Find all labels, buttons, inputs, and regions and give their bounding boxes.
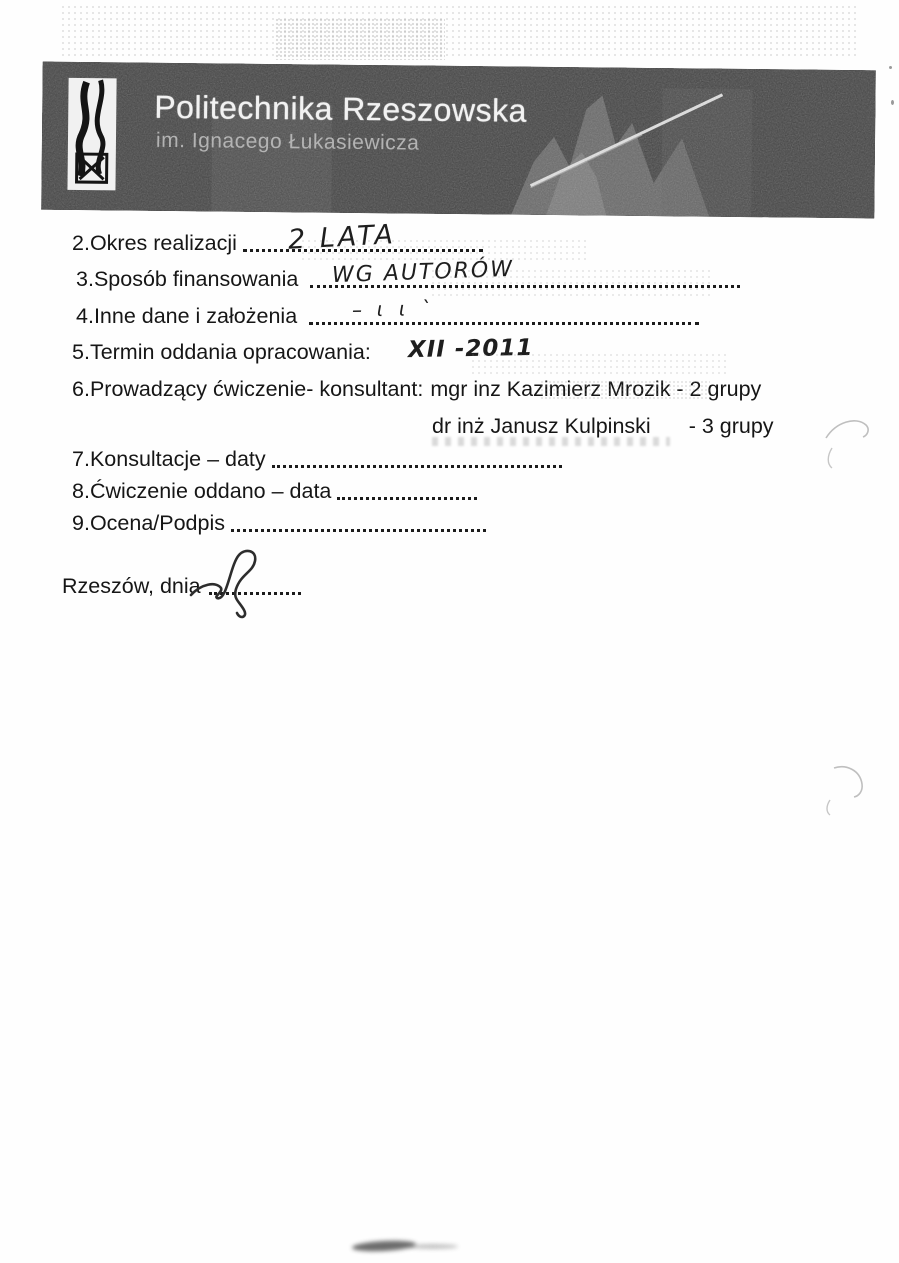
scan-speck xyxy=(889,66,892,69)
item-label: Ocena/Podpis xyxy=(90,510,225,536)
handwriting-okres-realizacji: 2 LATA xyxy=(287,219,396,256)
form-item-okres-realizacji: 2.Okres realizacji xyxy=(72,230,483,256)
university-logo-box xyxy=(67,78,116,190)
dotted-fill-line xyxy=(309,322,699,325)
item-number: 9. xyxy=(72,510,90,536)
item-number: 4. xyxy=(76,303,94,329)
item-number: 2. xyxy=(72,230,90,256)
handwriting-termin-oddania: XII -2011 xyxy=(408,335,534,363)
item-label: Konsultacje – daty xyxy=(90,446,266,472)
scan-noise-top xyxy=(60,4,860,59)
dotted-fill-line xyxy=(231,529,486,532)
form-item-termin-oddania: 5.Termin oddania opracowania: xyxy=(72,339,371,365)
item-label: Prowadzący ćwiczenie- konsultant: xyxy=(90,376,423,402)
item-label: Okres realizacji xyxy=(90,230,237,256)
scan-curl-artifact xyxy=(820,410,876,472)
item-label: Sposób finansowania xyxy=(94,266,298,292)
dotted-fill-line xyxy=(272,465,562,468)
scan-smudge-bottom xyxy=(352,1239,416,1252)
item-number: 5. xyxy=(72,339,90,365)
item-number: 6. xyxy=(72,376,90,402)
university-header-banner: Politechnika Rzeszowska im. Ignacego Łuk… xyxy=(41,62,876,219)
prz-logo-icon xyxy=(67,78,116,190)
signature-mark xyxy=(183,543,278,623)
form-item-cwiczenie-oddano: 8.Ćwiczenie oddano – data xyxy=(72,478,477,504)
dotted-fill-line xyxy=(337,497,477,500)
handwriting-ditto-mark: – ɩ ɩ ˋ xyxy=(352,296,435,321)
item-number: 7. xyxy=(72,446,90,472)
item-label: Ćwiczenie oddano – data xyxy=(90,478,331,504)
scan-noise-top-dense xyxy=(275,18,445,60)
consultant-2-groups: - 3 grupy xyxy=(689,413,774,439)
item-label: Inne dane i założenia xyxy=(94,303,297,329)
form-item-prowadzacy-line2: dr inż Janusz Kulpinski - 3 grupy xyxy=(432,413,774,439)
form-item-ocena-podpis: 9.Ocena/Podpis xyxy=(72,510,486,536)
scan-speck xyxy=(891,100,894,105)
bleedthrough-ghost-text xyxy=(432,437,670,446)
form-item-konsultacje: 7.Konsultacje – daty xyxy=(72,446,562,472)
form-item-prowadzacy: 6.Prowadzący ćwiczenie- konsultant: mgr … xyxy=(72,376,761,402)
place-date-label: Rzeszów, dnia xyxy=(62,573,201,599)
item-number: 3. xyxy=(76,266,94,292)
scan-curl-artifact xyxy=(816,758,876,818)
scanned-document-page: Politechnika Rzeszowska im. Ignacego Łuk… xyxy=(0,0,899,1263)
item-label: Termin oddania opracowania: xyxy=(90,339,371,365)
item-number: 8. xyxy=(72,478,90,504)
consultant-1: mgr inz Kazimierz Mrozik - 2 grupy xyxy=(430,376,761,402)
university-patron-subtitle: im. Ignacego Łukasiewicza xyxy=(156,129,420,156)
scan-smudge-tail xyxy=(408,1244,458,1249)
university-name: Politechnika Rzeszowska xyxy=(154,89,527,130)
consultant-2-name: dr inż Janusz Kulpinski xyxy=(432,413,651,439)
